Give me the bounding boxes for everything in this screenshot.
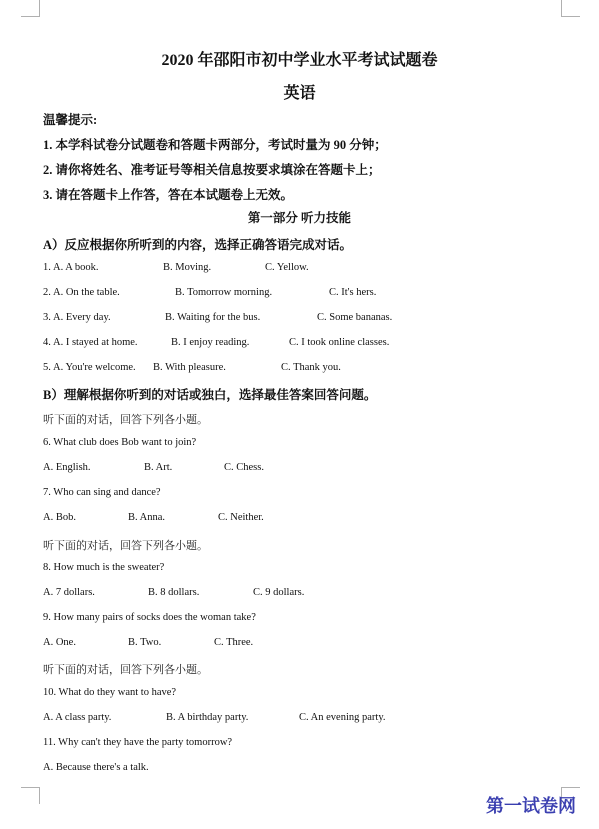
page-corner-mark [21, 787, 40, 804]
question-8-stem: 8. How much is the sweater? [43, 562, 164, 573]
option-a: A. A book. [53, 262, 99, 273]
option-c: C. I took online classes. [289, 337, 389, 348]
question-number: 2. [43, 287, 51, 298]
option-b: B. Two. [128, 637, 161, 648]
watermark-logo: 第一试卷网 [486, 792, 576, 818]
option-b: B. A birthday party. [166, 712, 248, 723]
option-b: B. With pleasure. [153, 362, 226, 373]
question-number: 5. [43, 362, 51, 373]
question-7-stem: 7. Who can sing and dance? [43, 487, 161, 498]
option-b: B. Moving. [163, 262, 211, 273]
question-6-stem: 6. What club does Bob want to join? [43, 437, 196, 448]
option-c: C. Yellow. [265, 262, 309, 273]
question-number: 4. [43, 337, 51, 348]
instruction-text: 听下面的对话，回答下列各小题。 [43, 661, 208, 677]
question-number: 1. [43, 262, 51, 273]
question-9-stem: 9. How many pairs of socks does the woma… [43, 612, 256, 623]
page-corner-mark [561, 0, 580, 17]
option-b: B. 8 dollars. [148, 587, 199, 598]
option-b: B. Anna. [128, 512, 165, 523]
option-c: C. It's hers. [329, 287, 376, 298]
option-b: B. Tomorrow morning. [175, 287, 272, 298]
option-a: A. I stayed at home. [53, 337, 138, 348]
tip-item: 1. 本学科试卷分试题卷和答题卡两部分，考试时量为 90 分钟； [43, 135, 387, 153]
option-a: A. A class party. [43, 712, 111, 723]
option-c: C. An evening party. [299, 712, 386, 723]
option-c: C. Some bananas. [317, 312, 392, 323]
question-number: 3. [43, 312, 51, 323]
option-a: A. 7 dollars. [43, 587, 95, 598]
option-c: C. 9 dollars. [253, 587, 304, 598]
option-a: A. On the table. [53, 287, 120, 298]
option-c: C. Three. [214, 637, 253, 648]
option-a: A. Because there's a talk. [43, 762, 149, 773]
instruction-text: 听下面的对话，回答下列各小题。 [43, 537, 208, 553]
option-c: C. Chess. [224, 462, 264, 473]
part-title: 第一部分 听力技能 [0, 208, 599, 226]
question-11-stem: 11. Why can't they have the party tomorr… [43, 737, 232, 748]
instruction-text: 听下面的对话，回答下列各小题。 [43, 411, 208, 427]
section-b-heading: B）理解根据你听到的对话或独白，选择最佳答案回答问题。 [43, 385, 376, 403]
section-a-heading: A）反应根据你所听到的内容，选择正确答语完成对话。 [43, 235, 352, 253]
page-corner-mark [21, 0, 40, 17]
option-c: C. Thank you. [281, 362, 341, 373]
tips-heading: 温馨提示: [43, 110, 97, 128]
exam-title: 2020 年邵阳市初中学业水平考试试题卷 [0, 47, 599, 70]
option-a: A. You're welcome. [53, 362, 136, 373]
tip-item: 3. 请在答题卡上作答，答在本试题卷上无效。 [43, 185, 293, 203]
option-a: A. Every day. [53, 312, 111, 323]
option-b: B. Waiting for the bus. [165, 312, 260, 323]
option-b: B. Art. [144, 462, 172, 473]
option-b: B. I enjoy reading. [171, 337, 249, 348]
option-a: A. Bob. [43, 512, 76, 523]
option-a: A. One. [43, 637, 76, 648]
option-c: C. Neither. [218, 512, 264, 523]
tip-item: 2. 请你将姓名、准考证号等相关信息按要求填涂在答题卡上； [43, 160, 381, 178]
exam-subject: 英语 [0, 80, 599, 103]
option-a: A. English. [43, 462, 91, 473]
question-10-stem: 10. What do they want to have? [43, 687, 176, 698]
